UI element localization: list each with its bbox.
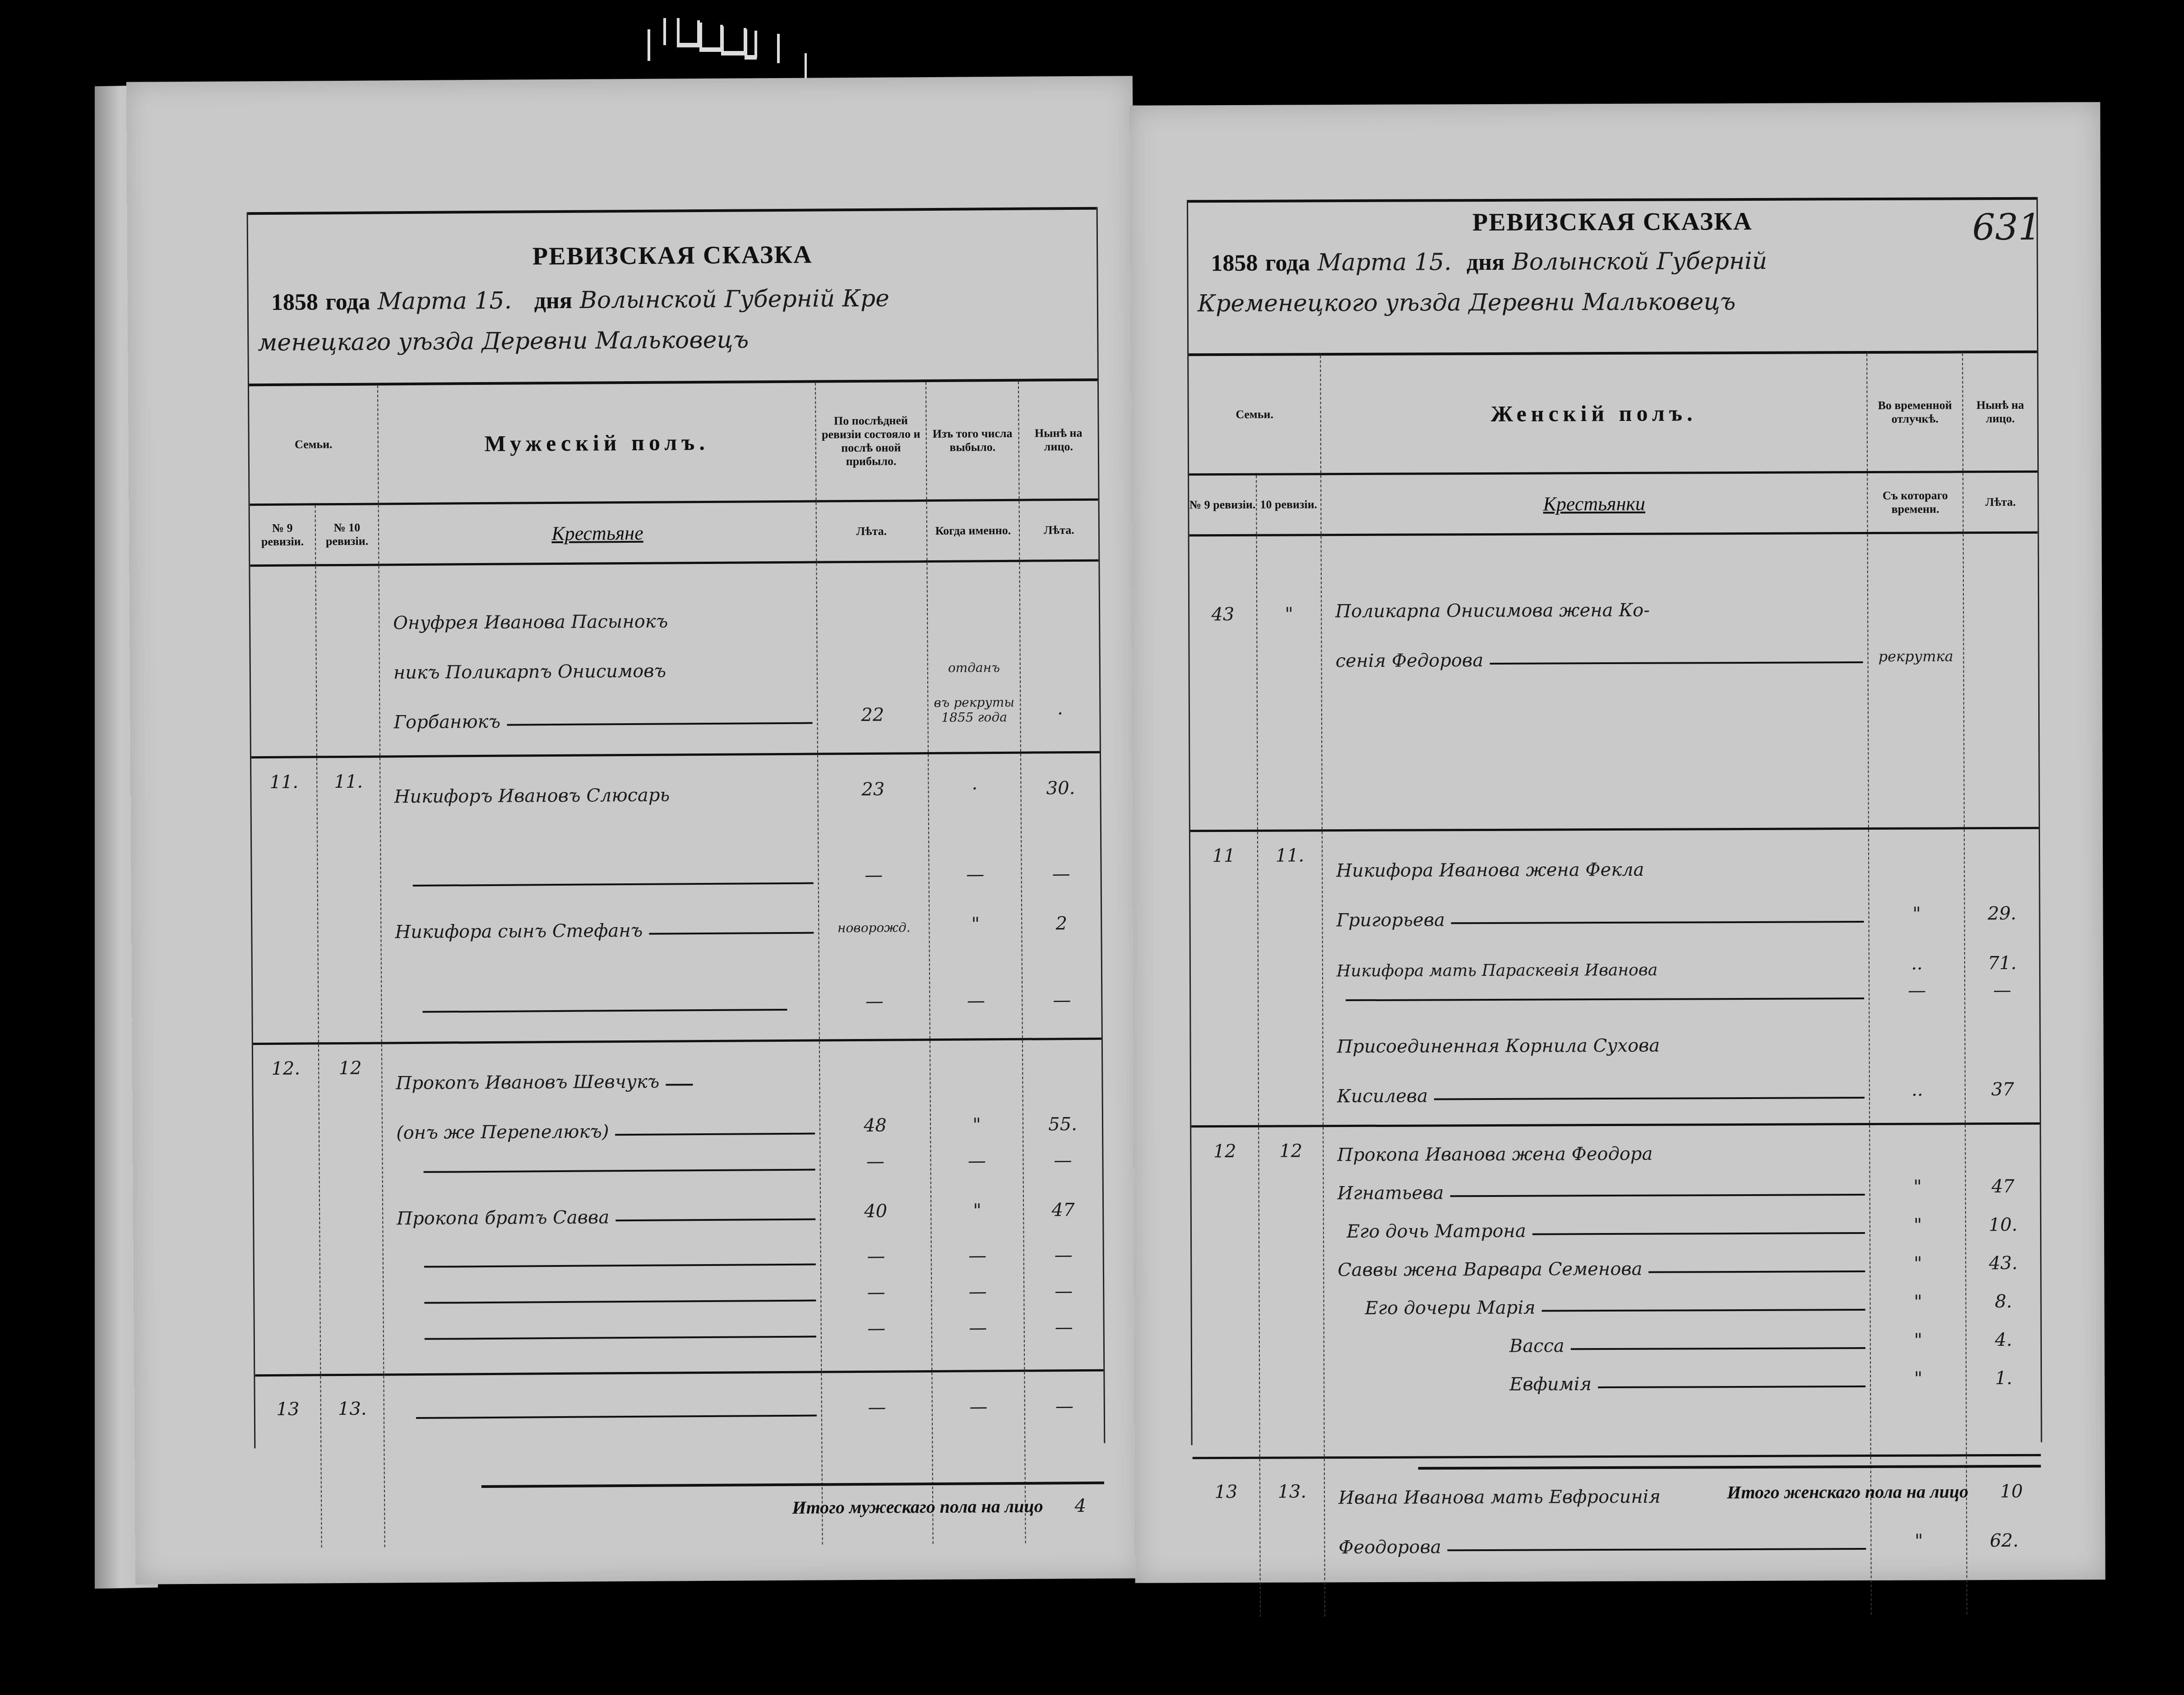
male-census-table: Семьи. Мужескій полъ. По послѣдней ревиз… — [249, 379, 1105, 1548]
present-age: 37 — [1966, 1055, 2040, 1105]
family-no9: 13 — [255, 1375, 321, 1548]
family-no9: 43 — [1189, 535, 1258, 831]
family-row: 11. 11. Никифоръ Ивановъ Слюсарь Никифор… — [251, 752, 1101, 1044]
col-no10: 10 ревизіи. — [1256, 474, 1321, 535]
present-age: 1. — [1967, 1355, 2041, 1394]
male-total-line: Итого мужескаго пола на лицо 4 — [792, 1495, 1086, 1518]
person-line: Саввы жена Варвара Семенова — [1337, 1240, 1869, 1280]
col-male-sex: Мужескій полъ. — [378, 382, 816, 504]
family-no9: 11 — [1190, 831, 1259, 1127]
person-line: Григорьева — [1336, 879, 1868, 931]
family-row: 11 11. Никифора Иванова жена Фекла Григо… — [1190, 828, 2040, 1127]
person-line: Горбанюкъ — [393, 681, 817, 733]
form-top-rule — [248, 207, 1097, 215]
col-absent: Во временной отлучкѣ. — [1867, 352, 1963, 472]
person-line: Прокопъ Ивановъ Шевчукъ — [396, 1042, 819, 1094]
person-line: Феодорова — [1338, 1506, 1870, 1558]
person-line: Васса — [1338, 1317, 1870, 1357]
absent-note: рекрутка — [1868, 619, 1963, 670]
age-last: 22 — [818, 680, 928, 730]
family-no10: 11. — [1258, 831, 1323, 1126]
male-census-form: РЕВИЗСКАЯ СКАЗКА 1858 года Марта 15. дня… — [247, 207, 1106, 1448]
person-line: Прокопа братъ Савва — [397, 1177, 820, 1229]
left-page: РЕВИЗСКАЯ СКАЗКА 1858 года Марта 15. дня… — [126, 76, 1142, 1584]
form-title: РЕВИЗСКАЯ СКАЗКА — [248, 239, 1097, 272]
female-total-line: Итого женскаго пола на лицо 10 — [1727, 1481, 2023, 1503]
family-no10: 13. — [320, 1375, 384, 1547]
family-row: Онуфрея Иванова Пасынокъ никъ Поликарпъ … — [250, 560, 1100, 757]
page-number: 631 — [1972, 206, 2041, 249]
family-no10: 12 — [1259, 1126, 1324, 1458]
family-no9 — [250, 565, 317, 757]
person-line: Кисилева — [1337, 1055, 1869, 1107]
family-no9: 11. — [251, 757, 319, 1044]
family-no10: 11. — [317, 757, 382, 1044]
family-row: 12. 12 Прокопъ Ивановъ Шевчукъ (онъ же П… — [253, 1039, 1103, 1375]
form-title: РЕВИЗСКАЯ СКАЗКА — [1188, 206, 2036, 238]
family-no9: 13 — [1193, 1458, 1260, 1617]
person-line: Его дочери Марія — [1337, 1279, 1869, 1319]
present-age: 29. — [1965, 879, 2039, 929]
binding-mark — [721, 51, 746, 55]
present-age: 47 — [1024, 1175, 1103, 1225]
family-no10: 13. — [1259, 1458, 1325, 1617]
col-years-present: Лѣта. — [1019, 499, 1099, 561]
col-when: Когда именно. — [927, 500, 1020, 561]
family-row: 13 13. Ивана Иванова мать Евфросинія Фео… — [1193, 1455, 2041, 1617]
binding-mark — [677, 18, 680, 45]
binding-mark — [754, 31, 757, 58]
family-no10 — [315, 565, 380, 757]
binding-mark — [745, 55, 757, 60]
binding-mark — [677, 43, 699, 47]
person-line: (онъ же Перепелюкъ) — [396, 1091, 820, 1144]
female-census-table: Семьи. Женскій полъ. Во временной отлучк… — [1189, 351, 2041, 1617]
estate-label: Крестьянки — [1321, 472, 1867, 535]
male-total-value: 4 — [1075, 1496, 1087, 1516]
present-age: 62. — [1967, 1506, 2041, 1556]
family-no10: " — [1256, 535, 1322, 831]
heading-place-line: менецкаго уѣзда Деревни Мальковецъ — [258, 326, 749, 356]
col-last-revision: По послѣдней ревизіи состояло и послѣ он… — [815, 381, 927, 501]
departed-note: отданъ — [928, 630, 1020, 680]
binding-mark — [721, 26, 724, 53]
present-age: 30. — [1021, 753, 1100, 804]
col-years-last: Лѣта. — [816, 501, 927, 562]
binding-mark — [663, 18, 666, 45]
col-families: Семьи. — [1189, 354, 1321, 475]
col-no9: № 9 ревизіи. — [1189, 474, 1256, 536]
family-row: 43 " Поликарпа Онисимова жена Ко- сенія … — [1189, 532, 2039, 831]
binding-mark — [699, 23, 702, 50]
person-line: Никифоръ Ивановъ Слюсарь — [394, 755, 818, 808]
female-census-form: РЕВИЗСКАЯ СКАЗКА 631 1858 года Марта 15.… — [1187, 197, 2042, 1446]
departed-note: въ рекруты 1855 года — [928, 679, 1020, 730]
female-total-label: Итого женскаго пола на лицо — [1727, 1481, 1968, 1502]
heading-date-line: 1858 года Марта 15. дня Волынской Губерн… — [1211, 248, 1767, 277]
col-families: Семьи. — [249, 384, 379, 504]
col-since-when: Съ котораго времени. — [1867, 472, 1963, 533]
family-no9: 12. — [253, 1044, 320, 1376]
present-age: 55. — [1023, 1090, 1102, 1140]
person-line: Игнатьева — [1337, 1164, 1869, 1204]
person-line: Присоединенная Корнила Сухова — [1337, 1006, 1869, 1057]
binding-mark — [648, 29, 650, 61]
estate-label: Крестьяне — [379, 501, 817, 565]
binding-mark — [699, 47, 722, 52]
binding-mark — [777, 34, 780, 63]
col-present: Нынѣ на лицо. — [1018, 380, 1098, 500]
col-no10: № 10 ревизіи. — [315, 504, 379, 565]
col-years: Лѣта. — [1963, 471, 2037, 533]
form-top-rule — [1188, 197, 2036, 203]
family-row: 12 12 Прокопа Иванова жена Феодора Игнат… — [1191, 1123, 2041, 1458]
person-line: Евфимія — [1338, 1355, 1870, 1395]
female-total-value: 10 — [2000, 1481, 2023, 1502]
family-no10: 12 — [319, 1043, 384, 1375]
col-female-sex: Женскій полъ. — [1320, 352, 1867, 474]
heading-place-line: Кременецкого уѣзда Деревни Мальковецъ — [1198, 288, 1736, 317]
person-line: Онуфрея Иванова Пасынокъ — [393, 582, 817, 634]
col-no9: № 9 ревизіи. — [250, 504, 316, 566]
person-line: Никифора мать Параскевія Иванова — [1337, 929, 1869, 980]
present-age: 2 — [1022, 889, 1101, 939]
present-age: 43. — [1966, 1240, 2040, 1279]
heading-date-line: 1858 года Марта 15. дня Волынской Губерн… — [271, 285, 889, 316]
person-line: никъ Поликарпъ Онисимовъ — [393, 631, 817, 684]
present-age: 71. — [1965, 928, 2039, 979]
present-age: 47 — [1966, 1163, 2040, 1202]
present-age: 8. — [1967, 1278, 2041, 1317]
col-present: Нынѣ на лицо. — [1963, 352, 2038, 472]
present-age: 10. — [1966, 1201, 2040, 1240]
person-line: сенія Федорова — [1335, 620, 1867, 671]
family-no9: 12 — [1191, 1126, 1259, 1458]
col-departed: Изъ того числа выбыло. — [926, 380, 1019, 501]
person-line: Никифора Иванова жена Фекла — [1336, 830, 1868, 881]
person-line: Поликарпа Онисимова жена Ко- — [1335, 570, 1867, 622]
person-line: Его дочь Матрона — [1337, 1202, 1869, 1242]
right-page: РЕВИЗСКАЯ СКАЗКА 631 1858 года Марта 15.… — [1130, 102, 2105, 1583]
family-row: 13 13. — — — — [255, 1370, 1104, 1548]
male-total-label: Итого мужескаго пола на лицо — [792, 1496, 1043, 1517]
person-line: Прокопа Иванова жена Феодора — [1337, 1125, 1869, 1165]
present-age: 4. — [1967, 1316, 2041, 1355]
person-line: Никифора сынъ Стефанъ — [395, 891, 819, 943]
binding-mark — [745, 29, 747, 56]
